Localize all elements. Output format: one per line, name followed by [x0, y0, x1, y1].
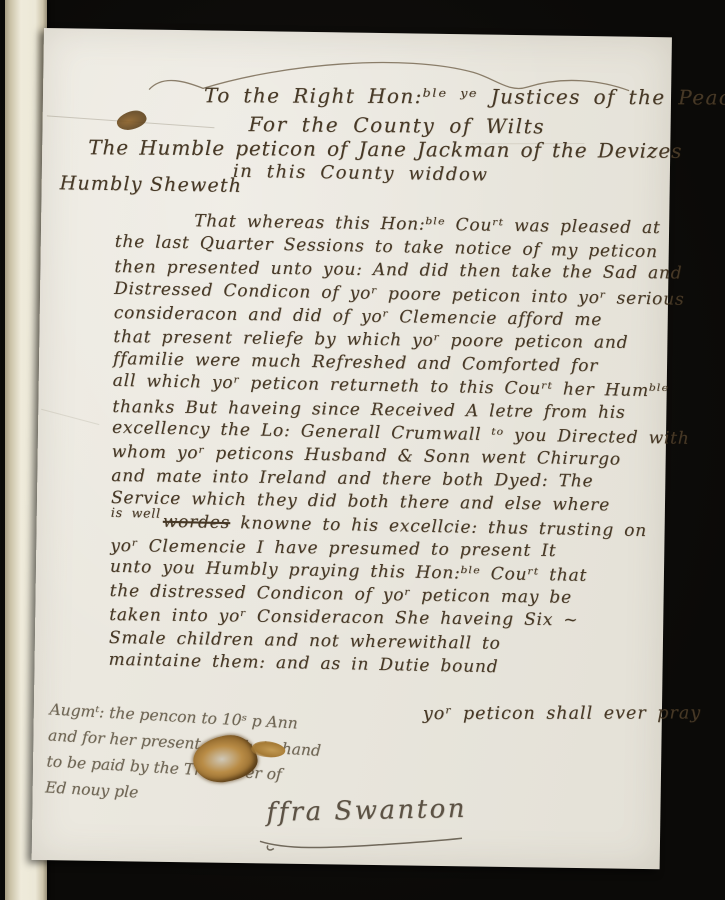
photo-backdrop: To the Right Hon:ᵇˡᵉ ʸᵉ Justices of the …: [0, 0, 725, 900]
salutation: Humbly Sheweth: [60, 172, 243, 197]
closing-formula: yoʳ peticon shall ever pray: [423, 703, 701, 724]
paper-crease: [41, 409, 99, 425]
heading-petitioner: The Humble peticon of Jane Jackman of th…: [88, 135, 682, 163]
interlinear-insertion: is well: [111, 500, 162, 524]
signature: ffra Swanton: [266, 794, 467, 828]
struck-out-word: wordes: [163, 511, 231, 532]
heading-petitioner-cont: in this County widdow: [233, 161, 489, 186]
manuscript-page: To the Right Hon:ᵇˡᵉ ʸᵉ Justices of the …: [32, 28, 672, 869]
heading-addressee: To the Right Hon:ᵇˡᵉ ʸᵉ Justices of the …: [204, 83, 725, 109]
heading-county: For the County of Wilts: [249, 112, 546, 138]
signature-flourish: [256, 831, 466, 856]
petition-body: That whereas this Hon:ᵇˡᵉ Couʳᵗ was plea…: [108, 209, 690, 682]
ink-blot: [115, 108, 148, 132]
